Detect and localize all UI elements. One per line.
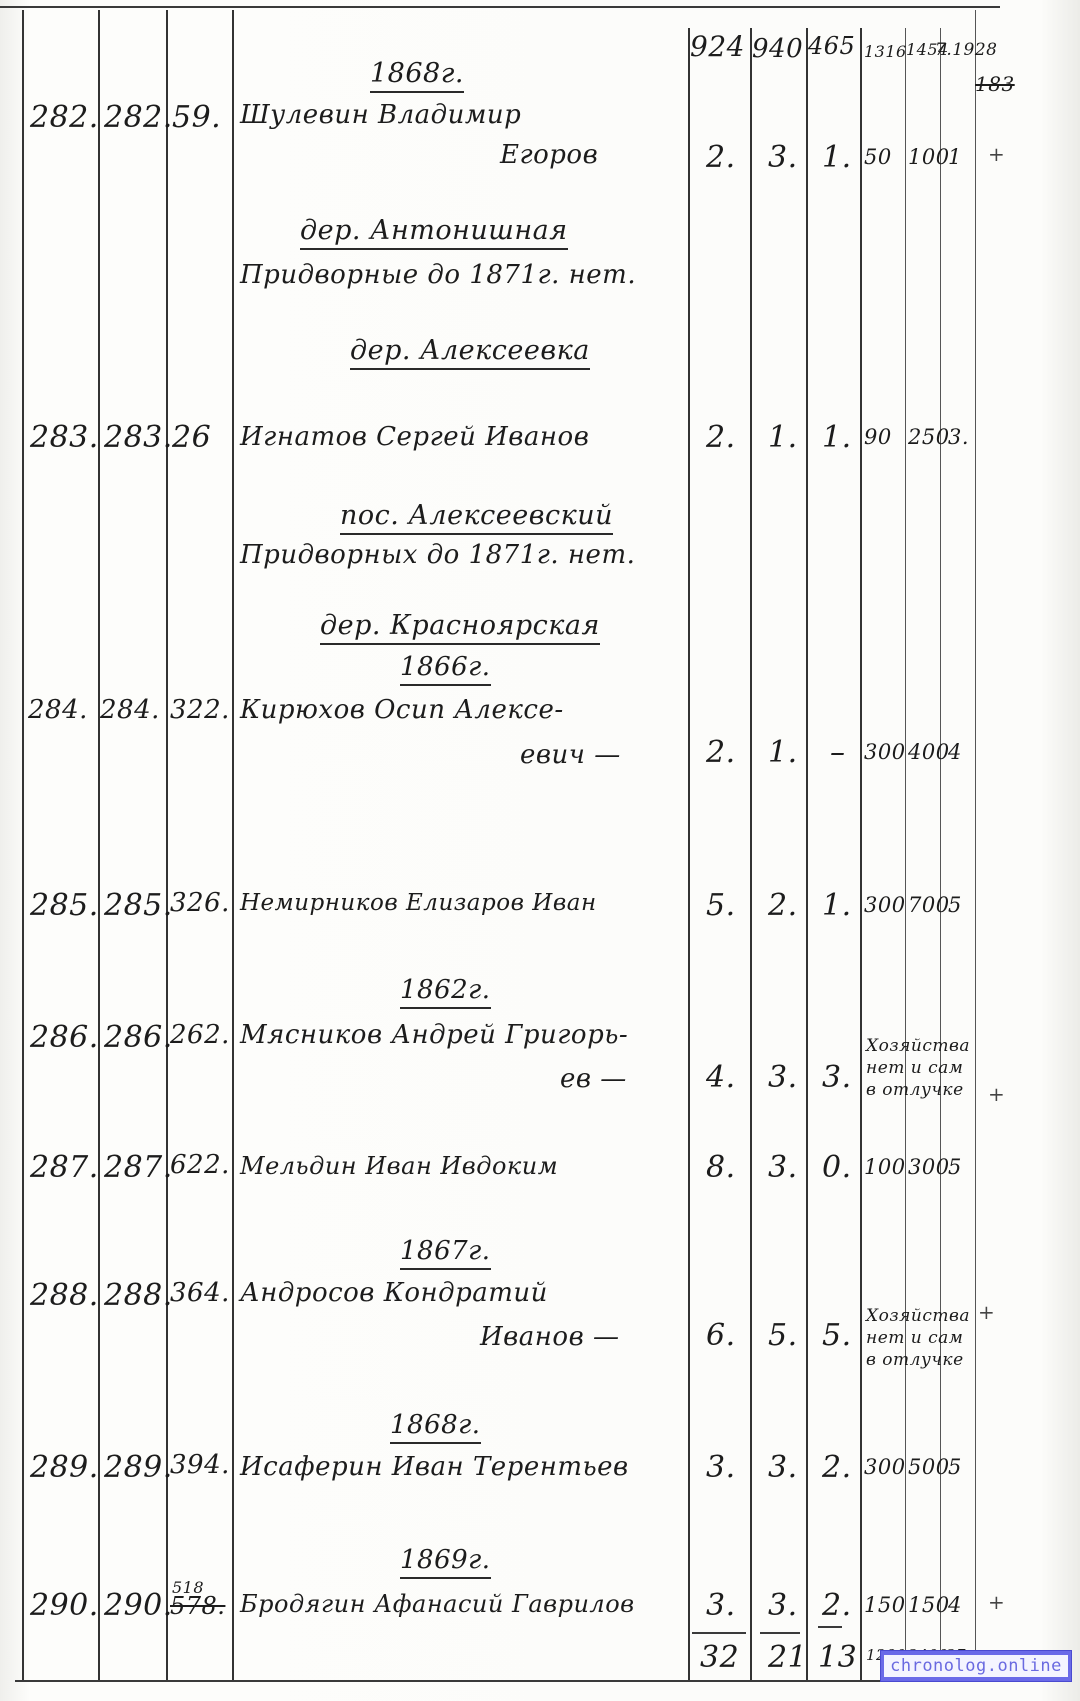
section-year: 1868г. [390,1410,481,1444]
header-col-3: 465 [808,32,855,60]
row-ref: 578. [170,1592,225,1620]
person-name: Кирюхов Осип Алексе- [240,695,564,725]
row-number: 290. [30,1588,99,1623]
column-rule [905,28,906,1680]
person-name: Мельдин Иван Ивдоким [240,1152,558,1180]
value-c6: 5 [948,1455,962,1479]
section-year: 1869г. [400,1545,491,1579]
status-note: Хозяйства нет и сам в отлучке [866,1035,976,1101]
row-number-2: 282. [104,100,173,135]
value-c3: 0. [822,1150,852,1185]
plus-mark: + [988,1082,1005,1106]
section-note: Придворных до 1871г. нет. [240,540,635,570]
value-c1: 2. [706,140,736,175]
section-note: Придворные до 1871г. нет. [240,260,636,290]
column-rule [975,10,976,1680]
person-name-cont: ев — [560,1064,627,1094]
person-name: Андросов Кондратий [240,1278,548,1308]
row-number-2: 288. [104,1278,173,1313]
value-c5: 700 [908,893,950,917]
value-c5: 400 [908,740,950,764]
row-number: 285. [30,888,99,923]
value-c2: 2. [768,888,798,923]
value-c5: 150 [908,1593,950,1617]
value-c6: 3. [948,425,969,449]
column-rule [688,28,690,1680]
row-number-2: 289. [104,1450,173,1485]
row-number-2: 283. [104,420,173,455]
value-c4: 90 [864,425,892,449]
row-number: 289. [30,1450,99,1485]
value-c6: 5 [948,1155,962,1179]
column-rule [98,10,100,1680]
status-note: Хозяйства нет и сам в отлучке [866,1305,976,1371]
document-page: 924 940 465 1316 1454 7.1928 183 1868г. … [0,0,1080,1701]
row-ref: 26 [172,420,211,455]
value-c2: 5. [768,1318,798,1353]
row-ref: 59. [172,100,221,135]
value-c2: 3. [768,140,798,175]
watermark-text: chronolog.online [884,1655,1068,1677]
bottom-border [15,1680,995,1682]
row-number: 287. [30,1150,99,1185]
value-c1: 4. [706,1060,736,1095]
value-c1: 3. [706,1450,736,1485]
totals-rule [760,1632,800,1634]
row-ref: 622. [170,1150,230,1180]
value-c6: 5 [948,893,962,917]
totals-rule [692,1632,746,1634]
person-name-cont: евич — [520,740,621,770]
row-number-2: 287. [104,1150,173,1185]
person-name-cont: Иванов — [480,1322,619,1352]
column-rule [22,10,24,1680]
value-c4: 50 [864,145,892,169]
column-rule [940,28,941,1680]
value-c6: 4 [948,740,962,764]
section-village: дер. Алексеевка [350,335,590,370]
value-c2: 3. [768,1150,798,1185]
column-rule [750,28,752,1680]
value-c4: 300 [864,740,906,764]
watermark-badge: chronolog.online [880,1650,1072,1682]
value-c2: 3. [768,1450,798,1485]
value-c2: 3. [768,1588,798,1623]
row-number-2: 285. [104,888,173,923]
person-name: Бродягин Афанасий Гаврилов [240,1590,635,1618]
value-c5: 100 [908,145,950,169]
margin-number: 183 [975,72,1015,96]
totals-rule [818,1626,842,1628]
column-rule [232,10,234,1680]
header-col-1: 924 [690,30,745,63]
value-c1: 2. [706,735,736,770]
value-c3: – [830,735,846,770]
person-name: Игнатов Сергей Иванов [240,422,589,452]
value-c5: 250 [908,425,950,449]
row-number-2: 286. [104,1020,173,1055]
plus-mark: + [988,1590,1005,1614]
row-number: 284. [28,695,88,725]
total-c1: 32 [700,1640,739,1675]
value-c5: 300 [908,1155,950,1179]
person-name: Исаферин Иван Терентьев [240,1452,629,1482]
row-ref: 394. [170,1450,230,1480]
total-c2: 21 [768,1640,807,1675]
column-rule [806,28,808,1680]
row-ref: 364. [170,1278,230,1308]
value-c3: 1. [822,888,852,923]
value-c6: 4 [948,1593,962,1617]
column-rule [860,28,862,1680]
row-ref: 262. [170,1020,230,1050]
total-c3: 13 [818,1640,857,1675]
section-village: пос. Алексеевский [340,500,613,535]
row-number-2: 284. [100,695,160,725]
section-year: 1862г. [400,975,491,1009]
row-number: 286. [30,1020,99,1055]
section-year: 1868г. [370,58,464,93]
plus-mark: + [978,1300,995,1324]
value-c1: 8. [706,1150,736,1185]
value-c2: 1. [768,735,798,770]
row-number: 282. [30,100,99,135]
value-c6: 1 [948,145,962,169]
value-c4: 150 [864,1593,906,1617]
value-c5: 500 [908,1455,950,1479]
header-col-2: 940 [752,34,803,64]
person-name: Мясников Андрей Григорь- [240,1020,628,1050]
value-c3: 3. [822,1060,852,1095]
row-ref: 326. [170,888,230,918]
value-c3: 5. [822,1318,852,1353]
header-col-6: 7.1928 [935,40,997,60]
top-border [0,6,1000,8]
column-rule [166,10,168,1680]
person-name: Немирников Елизаров Иван [240,890,597,916]
value-c3: 2. [822,1588,852,1623]
row-ref: 322. [170,695,230,725]
value-c1: 5. [706,888,736,923]
row-number: 288. [30,1278,99,1313]
value-c4: 300 [864,893,906,917]
value-c1: 3. [706,1588,736,1623]
value-c1: 6. [706,1318,736,1353]
value-c3: 1. [822,140,852,175]
section-village: дер. Красноярская [320,610,600,645]
row-number: 283. [30,420,99,455]
value-c4: 300 [864,1455,906,1479]
section-year: 1866г. [400,652,491,686]
plus-mark: + [988,142,1005,166]
person-name: Шулевин Владимир [240,100,521,130]
value-c1: 2. [706,420,736,455]
section-village: дер. Антонишная [300,215,568,250]
row-number-2: 290. [104,1588,173,1623]
value-c3: 2. [822,1450,852,1485]
person-name-cont: Егоров [500,140,598,170]
value-c3: 1. [822,420,852,455]
header-col-4: 1316 [864,42,907,61]
value-c2: 1. [768,420,798,455]
value-c2: 3. [768,1060,798,1095]
section-year: 1867г. [400,1236,491,1270]
value-c4: 100 [864,1155,906,1179]
